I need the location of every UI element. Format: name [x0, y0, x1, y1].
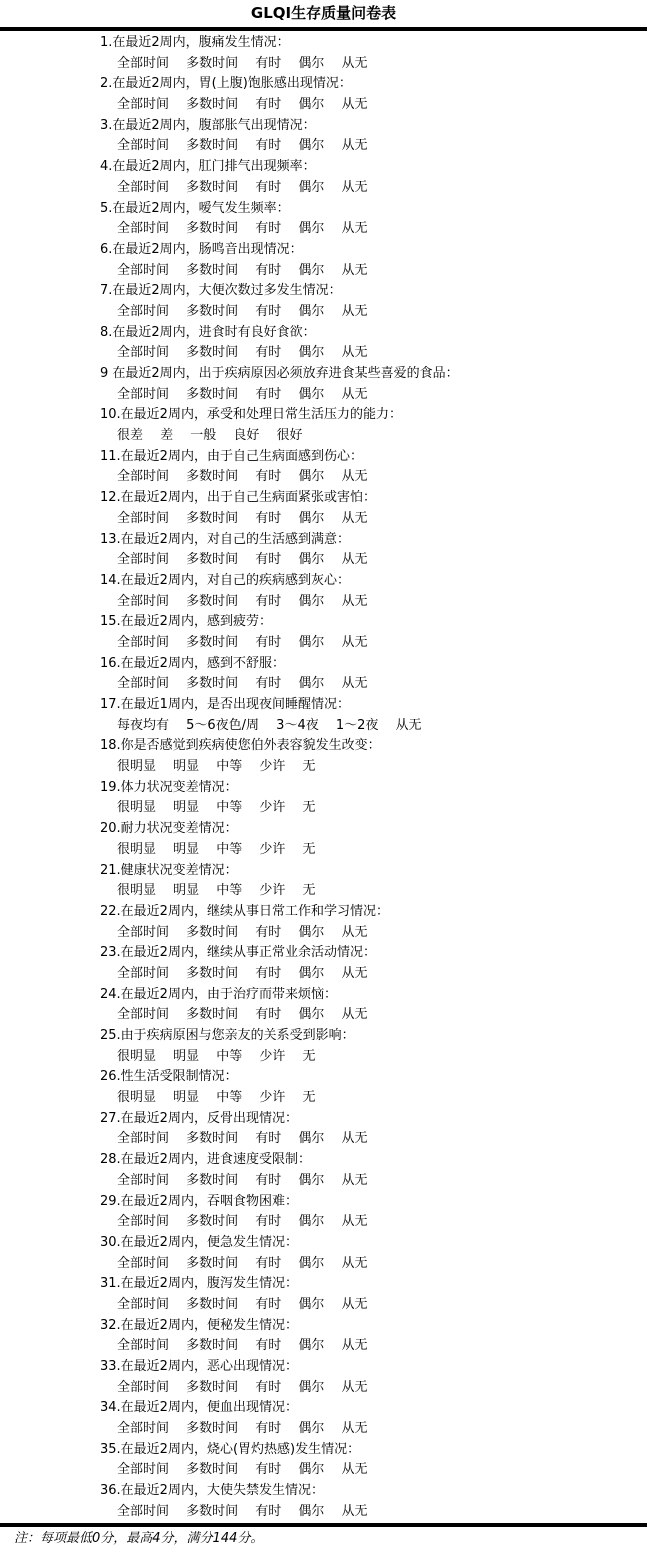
question-block: 15.在最近2周内，感到疲劳： 全部时间 多数时间 有时 偶尔 从无 — [0, 612, 647, 653]
question-options: 全部时间 多数时间 有时 偶尔 从无 — [0, 343, 647, 364]
question-options: 很明显 明显 中等 少许 无 — [0, 881, 647, 902]
question-options: 全部时间 多数时间 有时 偶尔 从无 — [0, 1005, 647, 1026]
question-options: 全部时间 多数时间 有时 偶尔 从无 — [0, 1378, 647, 1399]
question-options: 全部时间 多数时间 有时 偶尔 从无 — [0, 509, 647, 530]
question-options: 全部时间 多数时间 有时 偶尔 从无 — [0, 633, 647, 654]
question-options: 全部时间 多数时间 有时 偶尔 从无 — [0, 385, 647, 406]
question-options: 很明显 明显 中等 少许 无 — [0, 1047, 647, 1068]
question-block: 13.在最近2周内，对自己的生活感到满意： 全部时间 多数时间 有时 偶尔 从无 — [0, 530, 647, 571]
question-options: 全部时间 多数时间 有时 偶尔 从无 — [0, 1171, 647, 1192]
question-text: 13.在最近2周内，对自己的生活感到满意： — [0, 530, 647, 551]
question-block: 29.在最近2周内，吞咽食物困难： 全部时间 多数时间 有时 偶尔 从无 — [0, 1192, 647, 1233]
question-text: 34.在最近2周内，便血出现情况： — [0, 1398, 647, 1419]
question-block: 21.健康状况变差情况： 很明显 明显 中等 少许 无 — [0, 861, 647, 902]
question-block: 11.在最近2周内，由于自己生病面感到伤心： 全部时间 多数时间 有时 偶尔 从… — [0, 447, 647, 488]
question-block: 28.在最近2周内，进食速度受限制： 全部时间 多数时间 有时 偶尔 从无 — [0, 1150, 647, 1191]
question-text: 2.在最近2周内，胃(上腹)饱胀感出现情况： — [0, 74, 647, 95]
question-block: 18.你是否感觉到疾病使您伯外表容貌发生改变： 很明显 明显 中等 少许 无 — [0, 736, 647, 777]
question-block: 19.体力状况变差情况： 很明显 明显 中等 少许 无 — [0, 778, 647, 819]
question-block: 34.在最近2周内，便血出现情况： 全部时间 多数时间 有时 偶尔 从无 — [0, 1398, 647, 1439]
question-text: 7.在最近2周内，大便次数过多发生情况： — [0, 281, 647, 302]
question-options: 全部时间 多数时间 有时 偶尔 从无 — [0, 95, 647, 116]
question-block: 23.在最近2周内，继续从事正常业余活动情况： 全部时间 多数时间 有时 偶尔 … — [0, 943, 647, 984]
question-options: 全部时间 多数时间 有时 偶尔 从无 — [0, 1460, 647, 1481]
question-options: 全部时间 多数时间 有时 偶尔 从无 — [0, 302, 647, 323]
question-text: 35.在最近2周内，烧心(胃灼热感)发生情况： — [0, 1440, 647, 1461]
question-block: 5.在最近2周内，嗳气发生频率： 全部时间 多数时间 有时 偶尔 从无 — [0, 199, 647, 240]
question-text: 27.在最近2周内，反骨出现情况： — [0, 1109, 647, 1130]
question-text: 32.在最近2周内，便秘发生情况： — [0, 1316, 647, 1337]
question-options: 很明显 明显 中等 少许 无 — [0, 757, 647, 778]
question-text: 9 在最近2周内，出于疾病原因必须放弃进食某些喜爱的食品： — [0, 364, 647, 385]
question-options: 全部时间 多数时间 有时 偶尔 从无 — [0, 261, 647, 282]
question-list: 1.在最近2周内，腹痛发生情况： 全部时间 多数时间 有时 偶尔 从无 2.在最… — [0, 31, 647, 1523]
question-options: 全部时间 多数时间 有时 偶尔 从无 — [0, 964, 647, 985]
question-block: 7.在最近2周内，大便次数过多发生情况： 全部时间 多数时间 有时 偶尔 从无 — [0, 281, 647, 322]
question-text: 17.在最近1周内，是否出现夜间睡醒情况： — [0, 695, 647, 716]
question-text: 19.体力状况变差情况： — [0, 778, 647, 799]
question-options: 全部时间 多数时间 有时 偶尔 从无 — [0, 219, 647, 240]
question-block: 17.在最近1周内，是否出现夜间睡醒情况： 每夜均有 5～6夜色/周 3～4夜 … — [0, 695, 647, 736]
question-options: 全部时间 多数时间 有时 偶尔 从无 — [0, 1336, 647, 1357]
question-text: 10.在最近2周内，承受和处理日常生活压力的能力： — [0, 405, 647, 426]
question-block: 22.在最近2周内，继续从事日常工作和学习情况： 全部时间 多数时间 有时 偶尔… — [0, 902, 647, 943]
question-options: 全部时间 多数时间 有时 偶尔 从无 — [0, 54, 647, 75]
question-block: 24.在最近2周内，由于治疗而带来烦恼： 全部时间 多数时间 有时 偶尔 从无 — [0, 985, 647, 1026]
question-block: 25.由于疾病原困与您亲友的关系受到影响： 很明显 明显 中等 少许 无 — [0, 1026, 647, 1067]
question-block: 36.在最近2周内，大使失禁发生情况： 全部时间 多数时间 有时 偶尔 从无 — [0, 1481, 647, 1522]
question-block: 9 在最近2周内，出于疾病原因必须放弃进食某些喜爱的食品： 全部时间 多数时间 … — [0, 364, 647, 405]
question-options: 全部时间 多数时间 有时 偶尔 从无 — [0, 1212, 647, 1233]
question-options: 全部时间 多数时间 有时 偶尔 从无 — [0, 674, 647, 695]
question-block: 8.在最近2周内，进食时有良好食欲： 全部时间 多数时间 有时 偶尔 从无 — [0, 323, 647, 364]
question-options: 全部时间 多数时间 有时 偶尔 从无 — [0, 467, 647, 488]
question-options: 全部时间 多数时间 有时 偶尔 从无 — [0, 178, 647, 199]
question-options: 全部时间 多数时间 有时 偶尔 从无 — [0, 923, 647, 944]
question-text: 24.在最近2周内，由于治疗而带来烦恼： — [0, 985, 647, 1006]
question-text: 28.在最近2周内，进食速度受限制： — [0, 1150, 647, 1171]
question-block: 26.性生活受限制情况： 很明显 明显 中等 少许 无 — [0, 1067, 647, 1108]
question-text: 8.在最近2周内，进食时有良好食欲： — [0, 323, 647, 344]
question-block: 4.在最近2周内，肛门排气出现频率： 全部时间 多数时间 有时 偶尔 从无 — [0, 157, 647, 198]
question-options: 每夜均有 5～6夜色/周 3～4夜 1～2夜 从无 — [0, 716, 647, 737]
question-options: 全部时间 多数时间 有时 偶尔 从无 — [0, 1419, 647, 1440]
question-text: 20.耐力状况变差情况： — [0, 819, 647, 840]
question-options: 很明显 明显 中等 少许 无 — [0, 798, 647, 819]
question-block: 32.在最近2周内，便秘发生情况： 全部时间 多数时间 有时 偶尔 从无 — [0, 1316, 647, 1357]
question-block: 16.在最近2周内，感到不舒服： 全部时间 多数时间 有时 偶尔 从无 — [0, 654, 647, 695]
question-text: 6.在最近2周内，肠鸣音出现情况： — [0, 240, 647, 261]
question-text: 26.性生活受限制情况： — [0, 1067, 647, 1088]
question-options: 很差 差 一般 良好 很好 — [0, 426, 647, 447]
question-text: 1.在最近2周内，腹痛发生情况： — [0, 33, 647, 54]
question-block: 2.在最近2周内，胃(上腹)饱胀感出现情况： 全部时间 多数时间 有时 偶尔 从… — [0, 74, 647, 115]
question-text: 23.在最近2周内，继续从事正常业余活动情况： — [0, 943, 647, 964]
question-block: 35.在最近2周内，烧心(胃灼热感)发生情况： 全部时间 多数时间 有时 偶尔 … — [0, 1440, 647, 1481]
question-block: 30.在最近2周内，便急发生情况： 全部时间 多数时间 有时 偶尔 从无 — [0, 1233, 647, 1274]
question-block: 14.在最近2周内，对自己的疾病感到灰心： 全部时间 多数时间 有时 偶尔 从无 — [0, 571, 647, 612]
page-title: GLQI生存质量问卷表 — [0, 0, 647, 27]
question-block: 33.在最近2周内，恶心出现情况： 全部时间 多数时间 有时 偶尔 从无 — [0, 1357, 647, 1398]
question-block: 6.在最近2周内，肠鸣音出现情况： 全部时间 多数时间 有时 偶尔 从无 — [0, 240, 647, 281]
question-text: 11.在最近2周内，由于自己生病面感到伤心： — [0, 447, 647, 468]
question-options: 全部时间 多数时间 有时 偶尔 从无 — [0, 136, 647, 157]
question-block: 31.在最近2周内，腹泻发生情况： 全部时间 多数时间 有时 偶尔 从无 — [0, 1274, 647, 1315]
question-text: 14.在最近2周内，对自己的疾病感到灰心： — [0, 571, 647, 592]
question-text: 21.健康状况变差情况： — [0, 861, 647, 882]
question-block: 3.在最近2周内，腹部胀气出现情况： 全部时间 多数时间 有时 偶尔 从无 — [0, 116, 647, 157]
question-options: 全部时间 多数时间 有时 偶尔 从无 — [0, 550, 647, 571]
question-options: 全部时间 多数时间 有时 偶尔 从无 — [0, 1502, 647, 1523]
question-text: 12.在最近2周内，出于自己生病面紧张或害怕： — [0, 488, 647, 509]
question-text: 30.在最近2周内，便急发生情况： — [0, 1233, 647, 1254]
question-text: 4.在最近2周内，肛门排气出现频率： — [0, 157, 647, 178]
question-options: 全部时间 多数时间 有时 偶尔 从无 — [0, 1129, 647, 1150]
question-options: 全部时间 多数时间 有时 偶尔 从无 — [0, 1254, 647, 1275]
footer-note: 注：每项最低0分，最高4分，满分144分。 — [0, 1527, 647, 1548]
question-text: 5.在最近2周内，嗳气发生频率： — [0, 199, 647, 220]
question-options: 全部时间 多数时间 有时 偶尔 从无 — [0, 1295, 647, 1316]
question-options: 很明显 明显 中等 少许 无 — [0, 840, 647, 861]
question-text: 36.在最近2周内，大使失禁发生情况： — [0, 1481, 647, 1502]
question-text: 31.在最近2周内，腹泻发生情况： — [0, 1274, 647, 1295]
question-text: 3.在最近2周内，腹部胀气出现情况： — [0, 116, 647, 137]
question-block: 27.在最近2周内，反骨出现情况： 全部时间 多数时间 有时 偶尔 从无 — [0, 1109, 647, 1150]
question-text: 33.在最近2周内，恶心出现情况： — [0, 1357, 647, 1378]
question-text: 15.在最近2周内，感到疲劳： — [0, 612, 647, 633]
question-options: 很明显 明显 中等 少许 无 — [0, 1088, 647, 1109]
question-text: 25.由于疾病原困与您亲友的关系受到影响： — [0, 1026, 647, 1047]
question-text: 16.在最近2周内，感到不舒服： — [0, 654, 647, 675]
questionnaire-page: GLQI生存质量问卷表 1.在最近2周内，腹痛发生情况： 全部时间 多数时间 有… — [0, 0, 647, 1555]
question-block: 1.在最近2周内，腹痛发生情况： 全部时间 多数时间 有时 偶尔 从无 — [0, 33, 647, 74]
question-options: 全部时间 多数时间 有时 偶尔 从无 — [0, 592, 647, 613]
question-block: 10.在最近2周内，承受和处理日常生活压力的能力： 很差 差 一般 良好 很好 — [0, 405, 647, 446]
question-block: 12.在最近2周内，出于自己生病面紧张或害怕： 全部时间 多数时间 有时 偶尔 … — [0, 488, 647, 529]
question-text: 29.在最近2周内，吞咽食物困难： — [0, 1192, 647, 1213]
question-text: 22.在最近2周内，继续从事日常工作和学习情况： — [0, 902, 647, 923]
question-block: 20.耐力状况变差情况： 很明显 明显 中等 少许 无 — [0, 819, 647, 860]
question-text: 18.你是否感觉到疾病使您伯外表容貌发生改变： — [0, 736, 647, 757]
